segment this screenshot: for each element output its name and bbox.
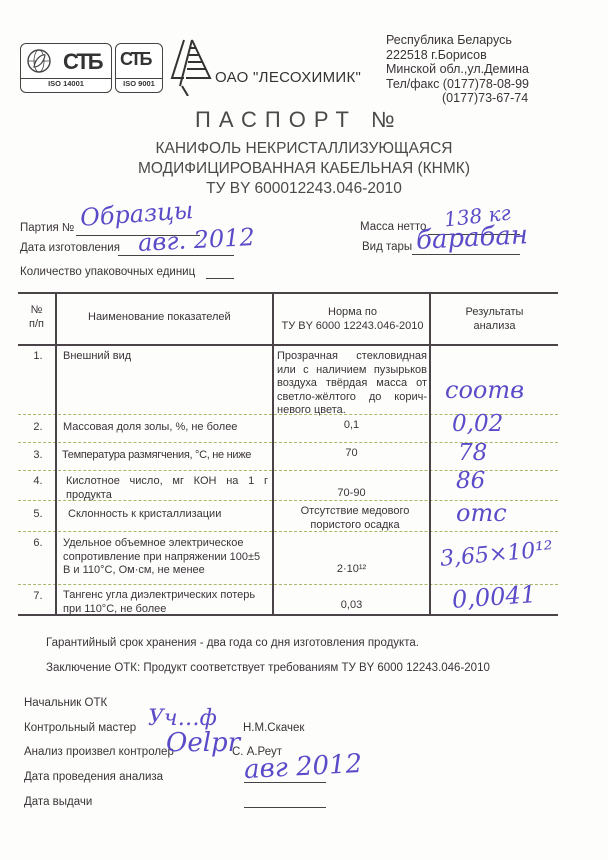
row-num: 6. — [18, 537, 58, 551]
row-norm: 70-90 — [274, 487, 429, 501]
master-name: Н.М.Скачек — [243, 722, 304, 734]
row-name: Температура размягчения, °С, не ниже — [62, 449, 277, 463]
ctb-mark: СТБ — [120, 49, 150, 70]
row-num: 2. — [18, 421, 58, 435]
col-divider — [429, 292, 431, 616]
row-result[interactable]: 78 — [458, 440, 487, 466]
table-header-bottom — [18, 344, 558, 346]
row-result[interactable]: 0,02 — [452, 411, 503, 437]
row-name: Кислотное число, мг КОН на 1 г продукта — [66, 475, 268, 502]
mfg-date-label: Дата изготовления — [20, 242, 120, 254]
row-num: 1. — [18, 350, 58, 364]
iso-14001-logo: СТБ ISO 14001 — [20, 43, 112, 93]
iso-9001-label: ISO 9001 — [116, 78, 162, 88]
header-num: № п/п — [18, 304, 55, 331]
row-name: Склонность к кристаллизации — [68, 508, 270, 522]
units-underline — [206, 278, 234, 279]
analysis-date-label: Дата проведения анализа — [24, 771, 163, 783]
issue-date-label: Дата выдачи — [24, 796, 92, 808]
row-result[interactable]: 86 — [456, 468, 485, 494]
address-line: (0177)73-67-74 — [386, 91, 529, 106]
address-line: Минской обл.,ул.Демина — [386, 62, 529, 77]
batch-label: Партия № — [20, 222, 74, 234]
row-divider — [18, 531, 558, 532]
address-line: Тел/факс (0177)78-08-99 — [386, 77, 529, 92]
header-result: Результаты анализа — [431, 306, 558, 333]
row-norm: Прозрачная стекловидная или с наличием п… — [277, 350, 427, 418]
header-norm: Норма по ТУ BY 6000 12243.046-2010 — [274, 306, 431, 333]
head-otk-label: Начальник ОТК — [24, 697, 107, 709]
row-name: Удельное объемное электрическое сопротив… — [63, 537, 263, 578]
row-num: 7. — [18, 590, 58, 604]
globe-leaf-icon — [26, 48, 52, 74]
address-line: Республика Беларусь — [386, 33, 529, 48]
row-result[interactable]: соотв — [445, 376, 524, 404]
table-border-top — [18, 292, 558, 294]
lesokhimik-logo-icon — [170, 38, 214, 96]
product-name-line2: МОДИФИЦИРОВАННАЯ КАБЕЛЬНАЯ (КНМК) — [0, 160, 608, 178]
row-norm: 2·10¹² — [274, 563, 429, 577]
container-value[interactable]: барабан — [415, 220, 528, 256]
row-norm: 70 — [274, 447, 429, 461]
issue-date-underline — [244, 807, 326, 808]
row-name: Массовая доля золы, %, не более — [63, 421, 271, 435]
row-num: 5. — [18, 508, 58, 522]
product-name-line1: КАНИФОЛЬ НЕКРИСТАЛЛИЗУЮЩАЯСЯ — [0, 140, 608, 158]
row-result[interactable]: 0,0041 — [451, 580, 537, 614]
row-num: 4. — [18, 475, 58, 489]
row-result[interactable]: отс — [456, 499, 507, 527]
ctb-mark: СТБ — [63, 49, 102, 75]
address-line: 222518 г.Борисов — [386, 48, 529, 63]
row-name: Внешний вид — [63, 350, 268, 364]
analyst-label: Анализ произвел контролер — [24, 746, 174, 758]
iso-9001-logo: СТБ ISO 9001 — [115, 43, 163, 93]
mfg-date-underline — [118, 255, 234, 256]
mfg-date-value[interactable]: авг. 2012 — [137, 223, 255, 257]
row-num: 3. — [18, 449, 58, 463]
units-label: Количество упаковочных единиц — [20, 266, 195, 278]
row-name: Тангенс угла диэлектрических потерь при … — [63, 589, 263, 616]
company-address: Республика Беларусь 222518 г.Борисов Мин… — [386, 33, 529, 106]
master-label: Контрольный мастер — [24, 722, 136, 734]
product-spec: ТУ BY 600012243.046-2010 — [0, 180, 608, 198]
row-norm: Отсутствие медового пористого осадка — [300, 505, 410, 532]
iso-14001-label: ISO 14001 — [21, 78, 111, 88]
row-norm: 0,03 — [274, 599, 429, 613]
analyst-signature: Оеlpr — [166, 728, 240, 758]
document-title: ПАСПОРТ № — [195, 107, 403, 133]
warranty-text: Гарантийный срок хранения - два года со … — [46, 637, 419, 649]
company-name: ОАО "ЛЕСОХИМИК" — [215, 69, 361, 86]
header-name: Наименование показателей — [88, 311, 231, 325]
container-label: Вид тары — [362, 241, 412, 253]
row-norm: 0,1 — [274, 419, 429, 433]
analysis-date-value[interactable]: авг 2012 — [243, 749, 363, 785]
row-result[interactable]: 3,65×10¹² — [439, 537, 554, 572]
qc-conclusion: Заключение ОТК: Продукт соответствует тр… — [46, 662, 490, 674]
